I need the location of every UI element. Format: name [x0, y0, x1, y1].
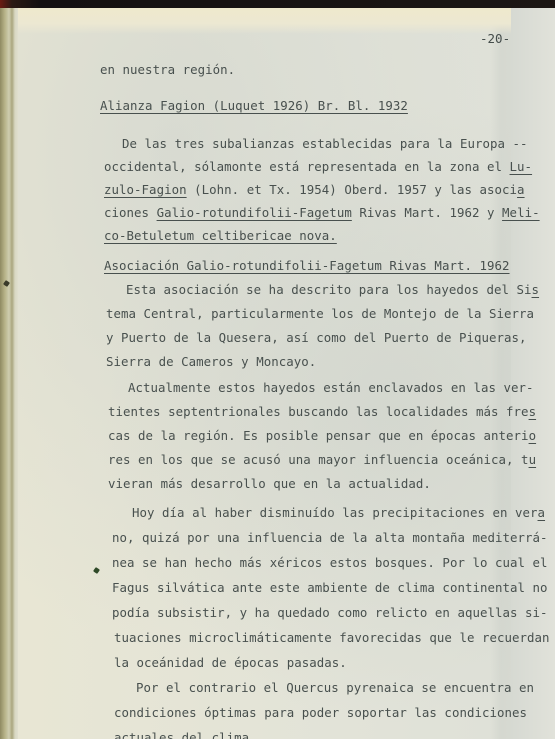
text-span: occidental, sólamonte está representada …: [104, 159, 510, 174]
text-line: tema Central, particularmente los de Mon…: [106, 306, 534, 321]
text-line: la oceánidad de épocas pasadas.: [114, 655, 347, 670]
heading-alliance: Alianza Fagion (Luquet 1926) Br. Bl. 193…: [100, 98, 408, 113]
text-span: res en los que se acusó una mayor influe…: [108, 452, 529, 467]
text-line: Por el contrario el Quercus pyrenaica se…: [136, 680, 534, 695]
text-span: s: [529, 404, 537, 419]
text-span: Rivas Mart. 1962 y: [352, 205, 502, 220]
text-line: tientes septentrionales buscando las loc…: [108, 404, 536, 419]
text-line: Esta asociación se ha descrito para los …: [126, 282, 539, 297]
text-line: vieran más desarrollo que en la actualid…: [108, 476, 431, 491]
text-line: condiciones óptimas para poder soportar …: [114, 705, 527, 720]
text-span: o: [529, 428, 537, 443]
taxon-name: Lu-: [510, 159, 533, 174]
text-line: occidental, sólamonte está representada …: [104, 159, 532, 174]
text-line: De las tres subalianzas establecidas par…: [122, 136, 528, 151]
text-span: u: [529, 452, 537, 467]
document-body: en nuestra región. Alianza Fagion (Luque…: [0, 0, 555, 739]
text-line: zulo-Fagion (Lohn. et Tx. 1954) Oberd. 1…: [104, 182, 525, 197]
text-span: a: [538, 505, 546, 520]
text-line: res en los que se acusó una mayor influe…: [108, 452, 536, 467]
binding-mark: [3, 280, 10, 287]
text-span: Hoy día al haber disminuído las precipit…: [132, 505, 538, 520]
text-span: s: [532, 282, 540, 297]
taxon-name: zulo-Fagion: [104, 182, 187, 197]
margin-mark: [93, 567, 100, 574]
text-line: tuaciones microclimáticamente favorecida…: [114, 630, 550, 645]
text-line: Sierra de Cameros y Moncayo.: [106, 354, 316, 369]
taxon-name: Meli-: [502, 205, 540, 220]
text-line: nea se han hecho más xéricos estos bosqu…: [112, 555, 548, 570]
text-span: a: [517, 182, 525, 197]
text-line: actuales del clima.: [114, 730, 257, 739]
taxon-name: co-Betuletum celtibericae nova.: [104, 228, 337, 243]
text-line: cas de la región. Es posible pensar que …: [108, 428, 536, 443]
heading-association: Asociación Galio-rotundifolii-Fagetum Ri…: [104, 258, 510, 273]
text-line: Fagus silvática ante este ambiente de cl…: [112, 580, 548, 595]
text-span: ciones: [104, 205, 157, 220]
text-line: y Puerto de la Quesera, así como del Pue…: [106, 330, 527, 345]
text-line: Actualmente estos hayedos están enclavad…: [128, 380, 534, 395]
text-span: (Lohn. et Tx. 1954) Oberd. 1957 y las as…: [187, 182, 517, 197]
text-line: Hoy día al haber disminuído las precipit…: [132, 505, 545, 520]
taxon-name: Galio-rotundifolii-Fagetum: [157, 205, 352, 220]
text-span: tientes septentrionales buscando las loc…: [108, 404, 529, 419]
text-span: Esta asociación se ha descrito para los …: [126, 282, 532, 297]
text-span: cas de la región. Es posible pensar que …: [108, 428, 529, 443]
text-line: podía subsistir, y ha quedado como relic…: [112, 605, 548, 620]
opening-line: en nuestra región.: [100, 62, 235, 77]
text-line: no, quizá por una influencia de la alta …: [112, 530, 548, 545]
text-line: ciones Galio-rotundifolii-Fagetum Rivas …: [104, 205, 540, 220]
